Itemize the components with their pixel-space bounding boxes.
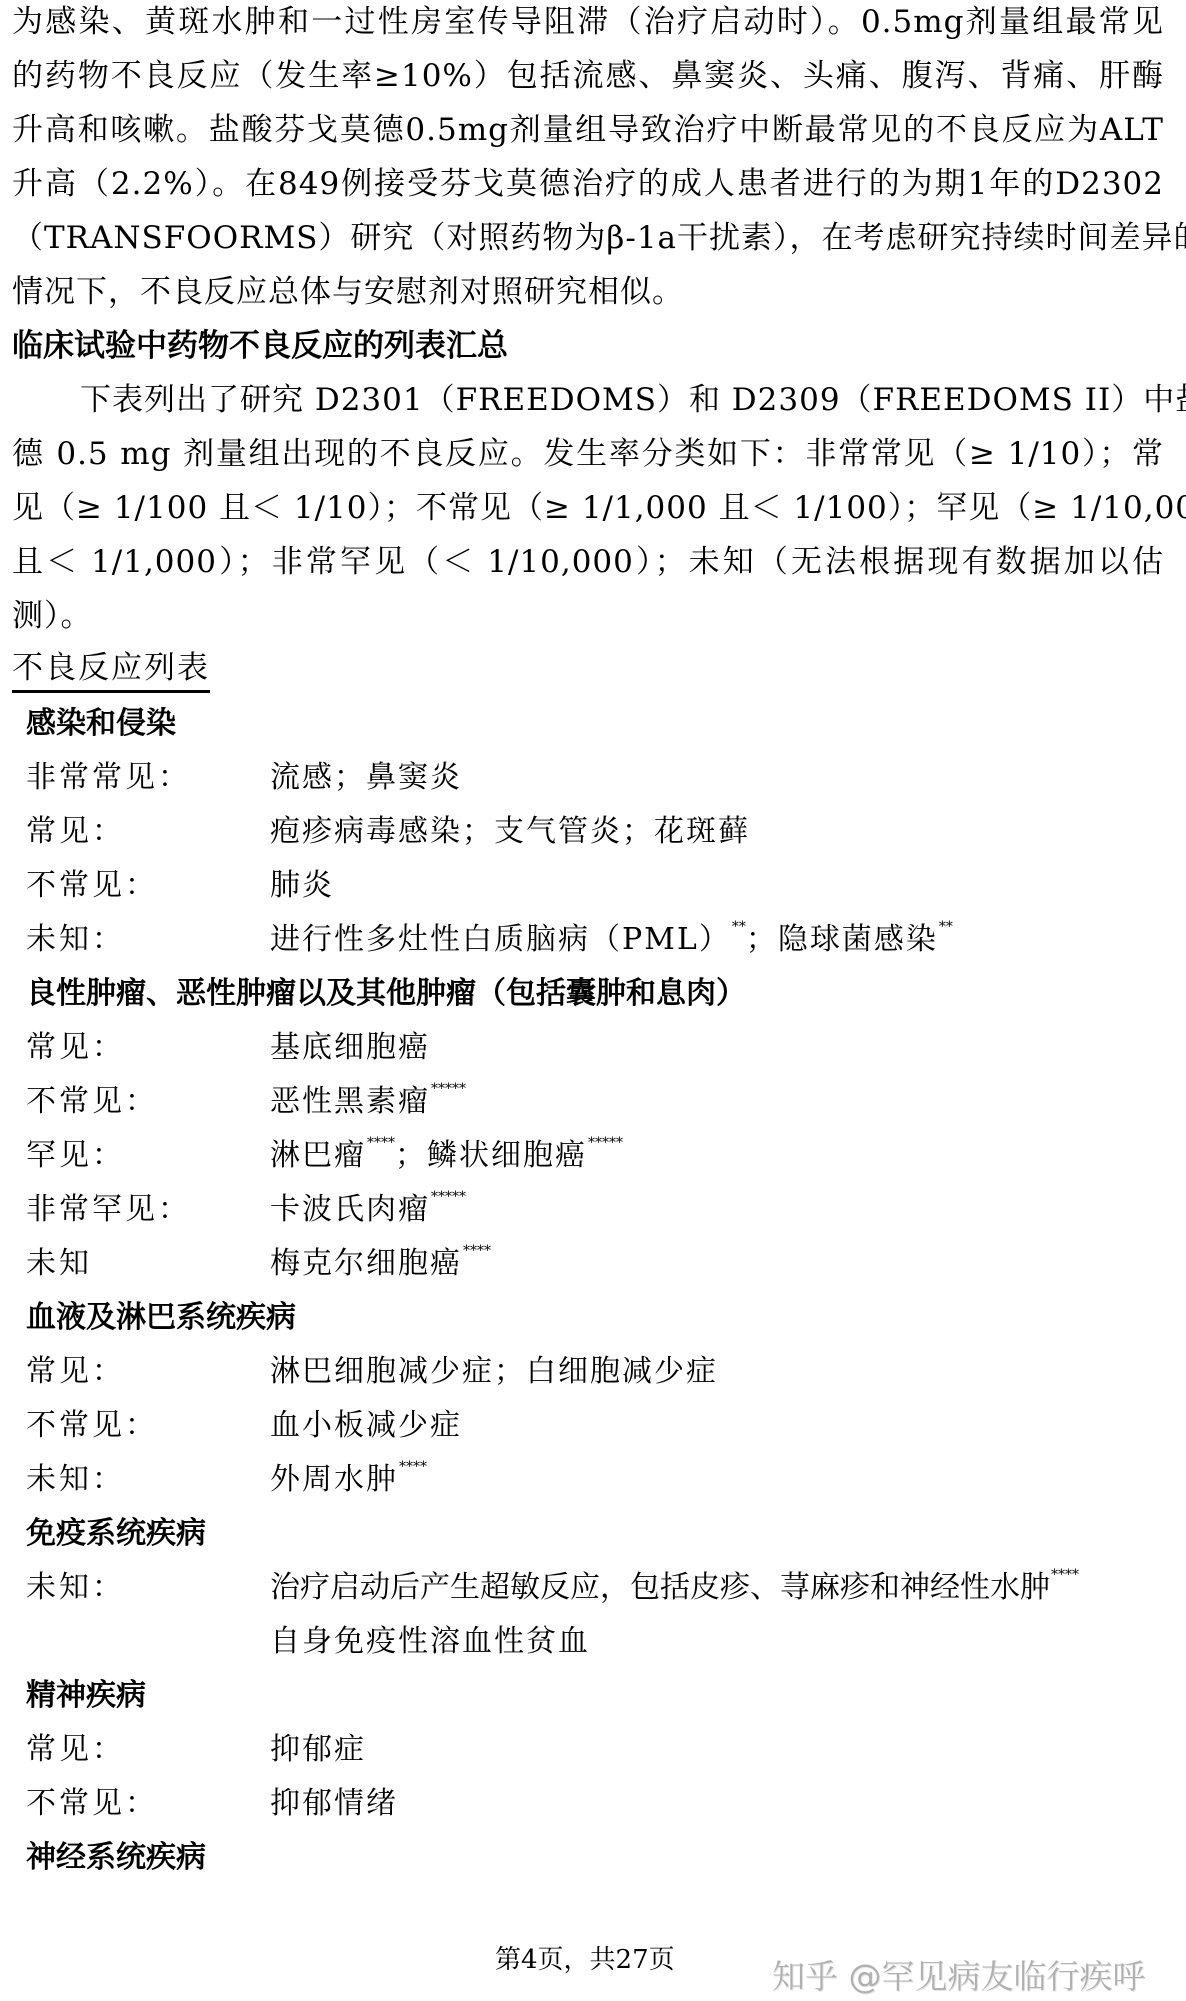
table-row: 常见： 抑郁症 — [0, 1728, 1186, 1772]
reaction-value: 梅克尔细胞癌**** — [270, 1242, 491, 1286]
footnote-mark: **** — [463, 1243, 491, 1259]
frequency-label: 未知： — [26, 1458, 125, 1502]
frequency-label: 常见： — [26, 1026, 125, 1070]
frequency-label: 非常罕见： — [26, 1188, 191, 1232]
paragraph-line: 测）。 — [12, 594, 1164, 638]
paragraph-line: 升高（2.2%）。在849例接受芬戈莫德治疗的成人患者进行的为期1年的D2302 — [12, 162, 1164, 206]
reaction-value: 进行性多灶性白质脑病（PML）**；隐球菌感染** — [270, 918, 953, 962]
reaction-value: 恶性黑素瘤***** — [270, 1080, 466, 1124]
table-row: 未知： 治疗启动后产生超敏反应，包括皮疹、荨麻疹和神经性水肿**** — [0, 1566, 1186, 1610]
reaction-value: 疱疹病毒感染；支气管炎；花斑藓 — [270, 810, 750, 854]
page-number: 第4页，共27页 — [495, 1940, 675, 1980]
reaction-value: 淋巴瘤****；鳞状细胞癌***** — [270, 1134, 623, 1178]
category-heading: 免疫系统疾病 — [26, 1512, 206, 1556]
paragraph-line: （TRANSFOORMS）研究（对照药物为β-1a干扰素），在考虑研究持续时间差… — [12, 216, 1164, 260]
frequency-label: 不常见： — [26, 1404, 158, 1448]
paragraph-line: 且＜ 1/1,000）；非常罕见（＜ 1/10,000）；未知（无法根据现有数据… — [12, 540, 1164, 584]
reaction-value: 外周水肿**** — [270, 1458, 427, 1502]
table-row: 未知 梅克尔细胞癌**** — [0, 1242, 1186, 1286]
table-row: 非常常见： 流感；鼻窦炎 — [0, 756, 1186, 800]
document-page: 为感染、黄斑水肿和一过性房室传导阻滞（治疗启动时）。0.5mg剂量组最常见 的药… — [0, 0, 1186, 2001]
table-row: 不常见： 恶性黑素瘤***** — [0, 1080, 1186, 1124]
watermark: 知乎 @罕见病友临行疾呼 — [772, 1955, 1146, 1999]
footnote-mark: **** — [399, 1459, 427, 1475]
category-heading: 精神疾病 — [26, 1674, 146, 1718]
table-row: 非常罕见： 卡波氏肉瘤***** — [0, 1188, 1186, 1232]
frequency-label: 未知： — [26, 1566, 125, 1610]
reaction-value: 基底细胞癌 — [270, 1026, 430, 1070]
table-row: 不常见： 肺炎 — [0, 864, 1186, 908]
footnote-mark: ***** — [431, 1189, 466, 1205]
paragraph-line: 德 0.5 mg 剂量组出现的不良反应。发生率分类如下：非常常见（≥ 1/10）… — [12, 432, 1164, 476]
table-row: 不常见： 血小板减少症 — [0, 1404, 1186, 1448]
table-row: 常见： 淋巴细胞减少症；白细胞减少症 — [0, 1350, 1186, 1394]
paragraph-line: 下表列出了研究 D2301（FREEDOMS）和 D2309（FREEDOMS … — [80, 378, 1164, 422]
reaction-value: 血小板减少症 — [270, 1404, 462, 1448]
frequency-label: 未知 — [26, 1242, 92, 1286]
footnote-mark: ***** — [431, 1081, 466, 1097]
table-row: 未知： 进行性多灶性白质脑病（PML）**；隐球菌感染** — [0, 918, 1186, 962]
table-row: 未知： 外周水肿**** — [0, 1458, 1186, 1502]
footnote-mark: ***** — [588, 1135, 623, 1151]
frequency-label: 常见： — [26, 1350, 125, 1394]
footnote-mark: **** — [367, 1135, 395, 1151]
reaction-value: 抑郁情绪 — [270, 1782, 398, 1826]
frequency-label: 罕见： — [26, 1134, 125, 1178]
footnote-mark: ** — [732, 919, 746, 935]
reaction-value: 淋巴细胞减少症；白细胞减少症 — [270, 1350, 718, 1394]
frequency-label: 常见： — [26, 810, 125, 854]
category-heading: 神经系统疾病 — [26, 1836, 206, 1880]
category-heading: 感染和侵染 — [26, 702, 176, 746]
reaction-value: 抑郁症 — [270, 1728, 366, 1772]
paragraph-line: 的药物不良反应（发生率≥10%）包括流感、鼻窦炎、头痛、腹泻、背痛、肝酶 — [12, 54, 1164, 98]
category-heading: 良性肿瘤、恶性肿瘤以及其他肿瘤（包括囊肿和息肉） — [26, 972, 746, 1016]
reaction-value: 治疗启动后产生超敏反应，包括皮疹、荨麻疹和神经性水肿**** — [270, 1566, 1079, 1610]
table-row: 常见： 疱疹病毒感染；支气管炎；花斑藓 — [0, 810, 1186, 854]
frequency-label: 非常常见： — [26, 756, 191, 800]
reaction-value: 自身免疫性溶血性贫血 — [270, 1620, 590, 1664]
table-row: 自身免疫性溶血性贫血 — [0, 1620, 1186, 1664]
frequency-label: 不常见： — [26, 1080, 158, 1124]
reaction-value: 卡波氏肉瘤***** — [270, 1188, 466, 1232]
table-row: 常见： 基底细胞癌 — [0, 1026, 1186, 1070]
paragraph-line: 升高和咳嗽。盐酸芬戈莫德0.5mg剂量组导致治疗中断最常见的不良反应为ALT — [12, 108, 1164, 152]
frequency-label: 不常见： — [26, 864, 158, 908]
table-row: 不常见： 抑郁情绪 — [0, 1782, 1186, 1826]
paragraph-line: 情况下，不良反应总体与安慰剂对照研究相似。 — [12, 270, 1164, 314]
section-heading: 临床试验中药物不良反应的列表汇总 — [12, 324, 508, 368]
table-title: 不良反应列表 — [12, 646, 210, 693]
reaction-value: 肺炎 — [270, 864, 334, 908]
paragraph-line: 见（≥ 1/100 且＜ 1/10）；不常见（≥ 1/1,000 且＜ 1/10… — [12, 486, 1164, 530]
footnote-mark: **** — [1051, 1567, 1079, 1583]
footnote-mark: ** — [939, 919, 953, 935]
paragraph-line: 为感染、黄斑水肿和一过性房室传导阻滞（治疗启动时）。0.5mg剂量组最常见 — [12, 0, 1164, 44]
reaction-value: 流感；鼻窦炎 — [270, 756, 462, 800]
frequency-label: 常见： — [26, 1728, 125, 1772]
frequency-label: 不常见： — [26, 1782, 158, 1826]
category-heading: 血液及淋巴系统疾病 — [26, 1296, 296, 1340]
table-row: 罕见： 淋巴瘤****；鳞状细胞癌***** — [0, 1134, 1186, 1178]
frequency-label: 未知： — [26, 918, 125, 962]
